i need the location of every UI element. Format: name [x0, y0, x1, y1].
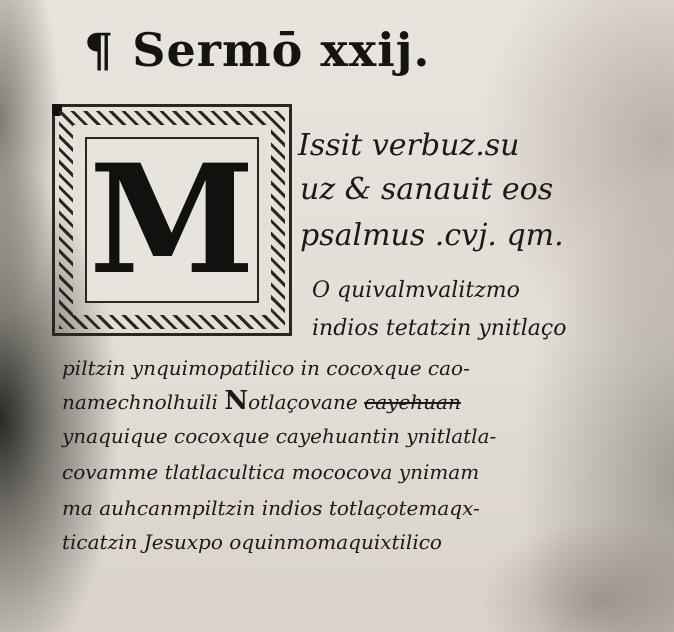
- text-line-6: piltzin ynquimopatilico in cocoxque cao-: [62, 356, 470, 380]
- line-text-pre: namechnolhuili: [62, 390, 224, 414]
- foliate-initial-letter: M: [89, 145, 255, 295]
- text-line-11: ticatzin Jesuxpo oquinmomaquixtilico: [62, 530, 442, 554]
- struck-word: cayehuan: [364, 390, 461, 414]
- initial-panel: M: [85, 137, 259, 303]
- sermon-title: Sermō xxij.: [132, 23, 430, 77]
- text-line-1: Issit verbuz.su: [298, 128, 519, 163]
- rubricated-capital: N: [224, 386, 248, 416]
- manuscript-page: ¶Sermō xxij. M Issit verbuz.su uz & sana…: [0, 0, 674, 632]
- text-line-4: O quivalmvalitzmo: [312, 278, 520, 303]
- text-line-7: namechnolhuili Notlaçovane cayehuan: [62, 386, 461, 416]
- sermon-heading: ¶Sermō xxij.: [84, 22, 430, 78]
- text-line-9: covamme tlatlacultica mococova ynimam: [62, 460, 479, 484]
- text-line-10: ma auhcanmpiltzin indios totlaçotemaqx-: [62, 496, 480, 520]
- text-line-3: psalmus .cvj. qm.: [300, 218, 564, 253]
- text-line-8: ynaquique cocoxque cayehuantin ynitlatla…: [62, 424, 496, 448]
- decorated-initial-frame: M: [52, 104, 292, 336]
- pilcrow-mark: ¶: [84, 22, 114, 78]
- line-text-post: otlaçovane: [248, 390, 364, 414]
- text-line-5: indios tetatzin ynitlaço: [312, 316, 567, 341]
- text-line-2: uz & sanauit eos: [300, 172, 553, 207]
